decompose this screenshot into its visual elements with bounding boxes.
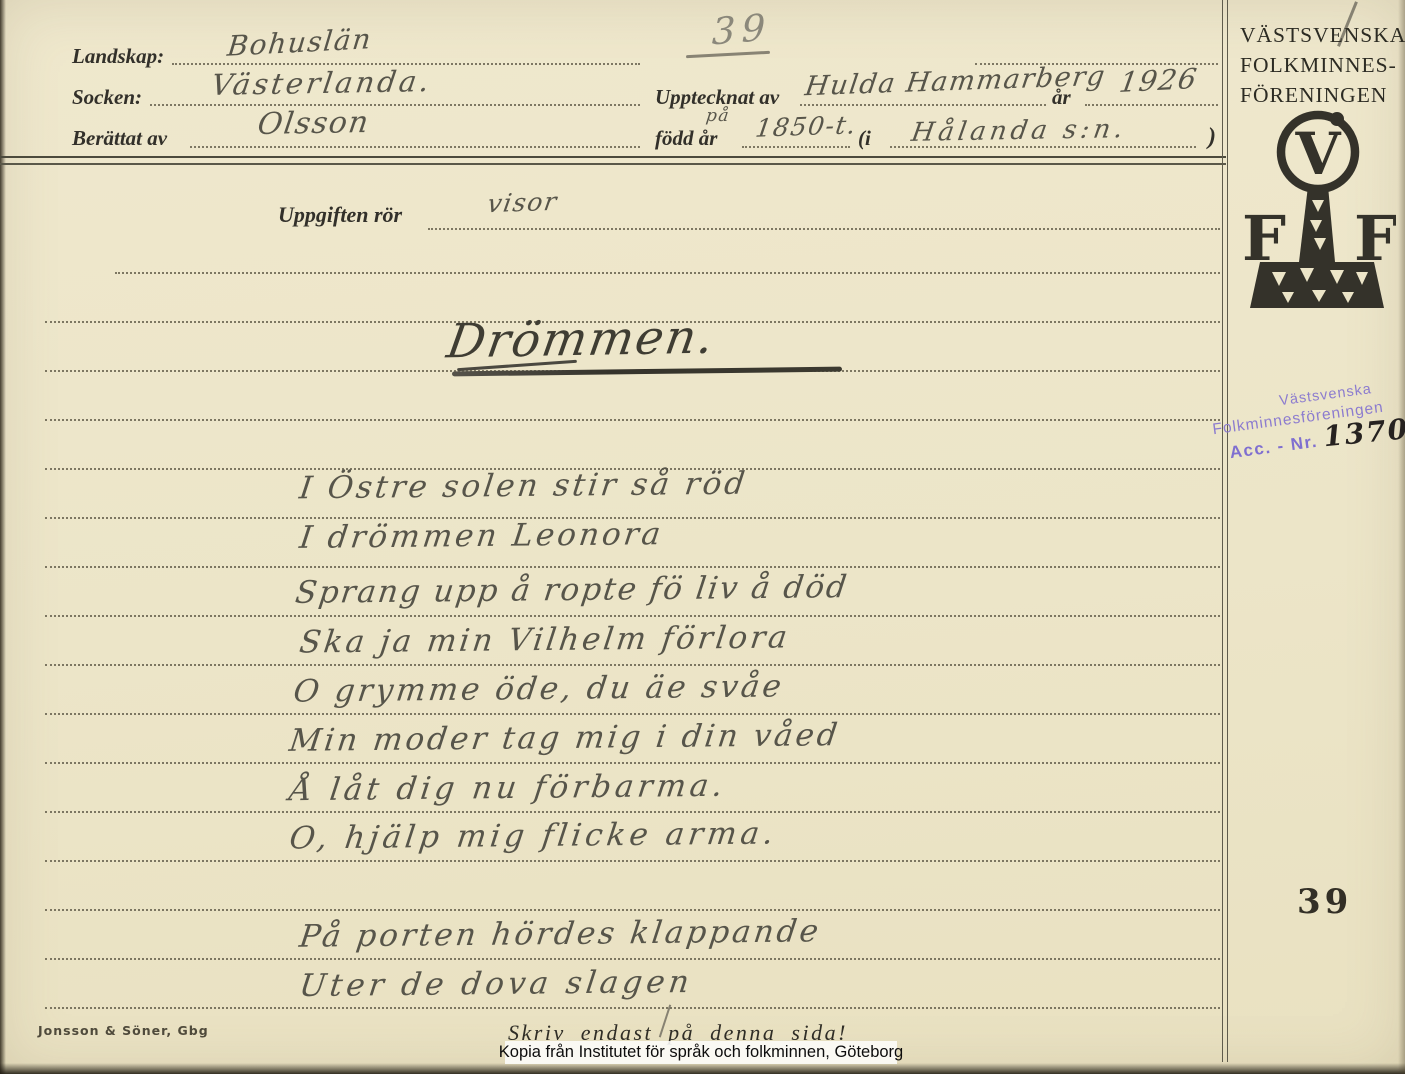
fodd-pa-handwritten: på [705,106,731,126]
landskap-label: Landskap: [72,44,164,69]
pencil-page-number: 39 [711,6,771,54]
vff-thor-hammer-logo-icon: V F F [1238,100,1396,338]
ar-label: år [1052,85,1071,110]
berattat-av-value-handwritten: Olsson [255,105,372,142]
verse-line: O grymme öde, du äe svåe [291,668,786,709]
ruled-line [115,272,1220,274]
berattat-av-leader-line [190,146,640,148]
verse-line: Uter de dova slagen [297,964,695,1004]
printer-credit: Jonsson & Söner, Gbg [38,1023,209,1038]
ruled-line [45,419,1220,421]
verse-line: I drömmen Leonora [297,516,665,556]
uppgiften-leader-line [428,228,1220,230]
fodd-value-handwritten: 1850-t. [754,110,859,142]
ruled-line [45,1007,1220,1009]
ruled-line [45,762,1220,764]
upptecknat-leader-line [800,104,1046,106]
verse-line: På porten hördes klappande [297,913,823,954]
verse-line: Ska ja min Vilhelm förlora [297,619,792,660]
scan-edge-right [1398,0,1405,1074]
song-title-handwritten: Drömmen. [443,310,719,370]
uppgiften-ror-label: Uppgiften rör [278,202,402,228]
ruled-line [45,615,1220,617]
berattat-av-label: Berättat av [72,126,167,151]
paren-close-label: ) [1208,124,1216,151]
archive-watermark: Kopia från Institutet för språk och folk… [505,1041,897,1064]
ruled-line [45,664,1220,666]
ruled-line [45,958,1220,960]
verse-line: Å låt dig nu förbarma. [287,768,728,809]
ar-value-handwritten: 1926 [1117,62,1200,99]
scan-edge-bottom [0,1063,1405,1074]
ruled-line [45,909,1220,911]
verse-line: O, hjälp mig flicke arma. [287,815,779,856]
paren-open-label: (i [858,126,871,151]
socken-leader-line [150,104,640,106]
page-number-stamp: 39 [1297,882,1352,922]
socken-value-handwritten: Västerlanda. [209,64,434,102]
fodd-leader-line [742,146,850,148]
folklore-record-card: Landskap: Bohuslän Socken: Västerlanda. … [0,0,1405,1074]
margin-divider-line [1222,0,1228,1062]
birthplace-value-handwritten: Hålanda s:n. [909,114,1129,148]
ruled-line [45,860,1220,862]
stamp-acc-label: Acc. - Nr. [1229,432,1319,462]
header-divider-rule [0,156,1226,165]
ruled-line [45,811,1220,813]
socken-label: Socken: [72,85,142,110]
fodd-ar-label: född år [655,126,717,151]
uppgiften-value-handwritten: visor [485,187,560,218]
svg-text:V: V [1294,120,1341,188]
ruled-line [45,713,1220,715]
ruled-line [45,566,1220,568]
verse-line: Min moder tag mig i din våed [287,717,842,759]
accession-number-handwritten: 1370 [1322,419,1405,446]
organization-name: VÄSTSVENSKA FOLKMINNES- FÖRENINGEN [1240,20,1400,110]
accession-stamp: Västsvenska Folkminnesföreningen Acc. - … [1223,373,1405,462]
verse-line: Sprang upp å ropte fö liv å död [293,569,850,611]
org-line: FOLKMINNES- [1240,50,1400,80]
landskap-value-handwritten: Bohuslän [226,22,374,62]
ar-leader-line [1085,104,1218,106]
org-line: VÄSTSVENSKA [1240,20,1400,50]
verse-line: I Östre solen stir så röd [297,466,749,507]
